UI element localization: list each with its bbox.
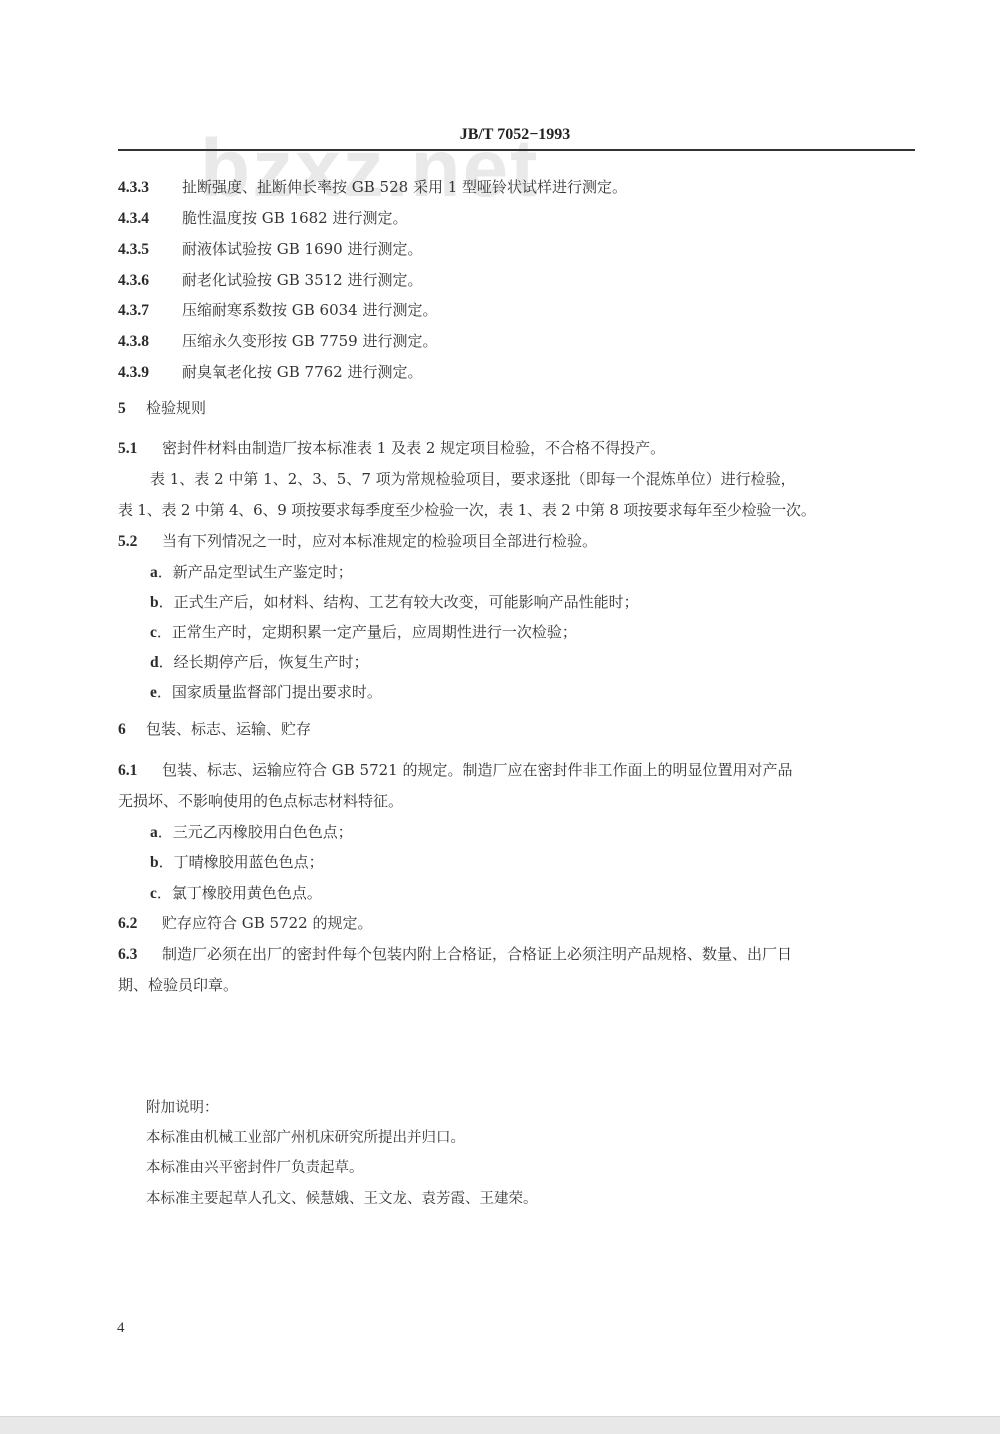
header-rule [118, 149, 915, 151]
item-text: 经长期停产后，恢复生产时； [174, 653, 369, 671]
list-item-6-1-c: c．氯丁橡胶用黄色色点。 [150, 883, 322, 904]
clause-number: 4.3.9 [118, 363, 182, 383]
clause-4-3-3: 4.3.3扯断强度、扯断伸长率按 GB 528 采用 1 型哑铃状试样进行测定。 [118, 177, 627, 198]
clause-number: 4.3.8 [118, 332, 182, 352]
clause-6-3: 6.3制造厂必须在出厂的密封件每个包装内附上合格证，合格证上必须注明产品规格、数… [118, 944, 792, 965]
clause-text: 密封件材料由制造厂按本标准表 1 及表 2 规定项目检验，不合格不得投产。 [162, 439, 665, 457]
item-label: e [150, 684, 157, 701]
notes-title: 附加说明： [146, 1098, 219, 1118]
item-text: 丁晴橡胶用蓝色色点； [174, 853, 324, 871]
clause-text: 扯断强度、扯断伸长率按 GB 528 采用 1 型哑铃状试样进行测定。 [182, 178, 627, 196]
item-label: a [150, 564, 158, 581]
page-number: 4 [117, 1320, 125, 1337]
clause-4-3-4: 4.3.4脆性温度按 GB 1682 进行测定。 [118, 208, 408, 229]
item-text: 新产品定型试生产鉴定时； [173, 563, 353, 581]
item-text: 正常生产时，定期积累一定产量后，应周期性进行一次检验； [172, 623, 577, 641]
item-text: 三元乙丙橡胶用白色色点； [173, 823, 353, 841]
item-text: 氯丁橡胶用黄色色点。 [172, 884, 322, 902]
clause-number: 4.3.5 [118, 240, 182, 260]
list-item-5-2-d: d．经长期停产后，恢复生产时； [150, 652, 369, 673]
clause-6-3-line2: 期、检验员印章。 [118, 975, 238, 995]
section-number: 5 [118, 399, 146, 419]
clause-number: 4.3.3 [118, 178, 182, 198]
clause-6-1-line2: 无损坏、不影响使用的色点标志材料特征。 [118, 791, 403, 811]
clause-number: 6.1 [118, 761, 162, 781]
clause-number: 5.2 [118, 532, 162, 552]
clause-number: 4.3.6 [118, 271, 182, 291]
clause-text: 耐液体试验按 GB 1690 进行测定。 [182, 240, 423, 258]
item-label: b [150, 594, 159, 611]
section-6-heading: 6包装、标志、运输、贮存 [118, 719, 311, 740]
section-5-heading: 5检验规则 [118, 398, 206, 419]
clause-text: 压缩永久变形按 GB 7759 进行测定。 [182, 332, 438, 350]
clause-5-1: 5.1密封件材料由制造厂按本标准表 1 及表 2 规定项目检验，不合格不得投产。 [118, 438, 665, 459]
list-item-5-2-e: e．国家质量监督部门提出要求时。 [150, 682, 382, 703]
clause-4-3-9: 4.3.9耐臭氧老化按 GB 7762 进行测定。 [118, 362, 423, 383]
notes-line-1: 本标准由机械工业部广州机床研究所提出并归口。 [146, 1128, 465, 1148]
item-label: d [150, 654, 159, 671]
clause-4-3-6: 4.3.6耐老化试验按 GB 3512 进行测定。 [118, 270, 423, 291]
clause-4-3-7: 4.3.7压缩耐寒系数按 GB 6034 进行测定。 [118, 300, 438, 321]
bottom-band [0, 1416, 1000, 1434]
clause-number: 6.3 [118, 945, 162, 965]
list-item-6-1-a: a．三元乙丙橡胶用白色色点； [150, 822, 353, 843]
clause-4-3-5: 4.3.5耐液体试验按 GB 1690 进行测定。 [118, 239, 423, 260]
clause-6-2: 6.2贮存应符合 GB 5722 的规定。 [118, 913, 372, 934]
clause-6-1: 6.1包装、标志、运输应符合 GB 5721 的规定。制造厂应在密封件非工作面上… [118, 760, 793, 781]
notes-line-2: 本标准由兴平密封件厂负责起草。 [146, 1158, 364, 1178]
notes-line-3: 本标准主要起草人孔文、候慧娥、王文龙、袁芳霞、王建荣。 [146, 1189, 538, 1209]
clause-5-2: 5.2当有下列情况之一时，应对本标准规定的检验项目全部进行检验。 [118, 531, 597, 552]
clause-text: 压缩耐寒系数按 GB 6034 进行测定。 [182, 301, 438, 319]
clause-5-1-para-line2: 表 1、表 2 中第 4、6、9 项按要求每季度至少检验一次，表 1、表 2 中… [118, 500, 816, 520]
item-label: a [150, 824, 158, 841]
clause-text: 制造厂必须在出厂的密封件每个包装内附上合格证，合格证上必须注明产品规格、数量、出… [162, 945, 792, 963]
item-label: b [150, 854, 159, 871]
list-item-6-1-b: b．丁晴橡胶用蓝色色点； [150, 852, 324, 873]
header-standard-code: JB/T 7052−1993 [0, 126, 1000, 144]
item-label: c [150, 624, 157, 641]
list-item-5-2-c: c．正常生产时，定期积累一定产量后，应周期性进行一次检验； [150, 622, 577, 643]
section-title: 检验规则 [146, 399, 206, 417]
clause-number: 5.1 [118, 439, 162, 459]
clause-text: 贮存应符合 GB 5722 的规定。 [162, 914, 372, 932]
item-text: 国家质量监督部门提出要求时。 [172, 683, 382, 701]
clause-text: 耐老化试验按 GB 3512 进行测定。 [182, 271, 423, 289]
clause-number: 4.3.4 [118, 209, 182, 229]
clause-number: 6.2 [118, 914, 162, 934]
list-item-5-2-a: a．新产品定型试生产鉴定时； [150, 562, 353, 583]
clause-text: 当有下列情况之一时，应对本标准规定的检验项目全部进行检验。 [162, 532, 597, 550]
item-text: 正式生产后，如材料、结构、工艺有较大改变，可能影响产品性能时； [174, 593, 639, 611]
section-number: 6 [118, 720, 146, 740]
clause-5-1-para-line1: 表 1、表 2 中第 1、2、3、5、7 项为常规检验项目，要求逐批（即每一个混… [150, 469, 796, 489]
clause-4-3-8: 4.3.8压缩永久变形按 GB 7759 进行测定。 [118, 331, 438, 352]
clause-number: 4.3.7 [118, 301, 182, 321]
clause-text: 脆性温度按 GB 1682 进行测定。 [182, 209, 408, 227]
list-item-5-2-b: b．正式生产后，如材料、结构、工艺有较大改变，可能影响产品性能时； [150, 592, 639, 613]
clause-text: 包装、标志、运输应符合 GB 5721 的规定。制造厂应在密封件非工作面上的明显… [162, 761, 793, 779]
section-title: 包装、标志、运输、贮存 [146, 720, 311, 738]
item-label: c [150, 885, 157, 902]
clause-text: 耐臭氧老化按 GB 7762 进行测定。 [182, 363, 423, 381]
